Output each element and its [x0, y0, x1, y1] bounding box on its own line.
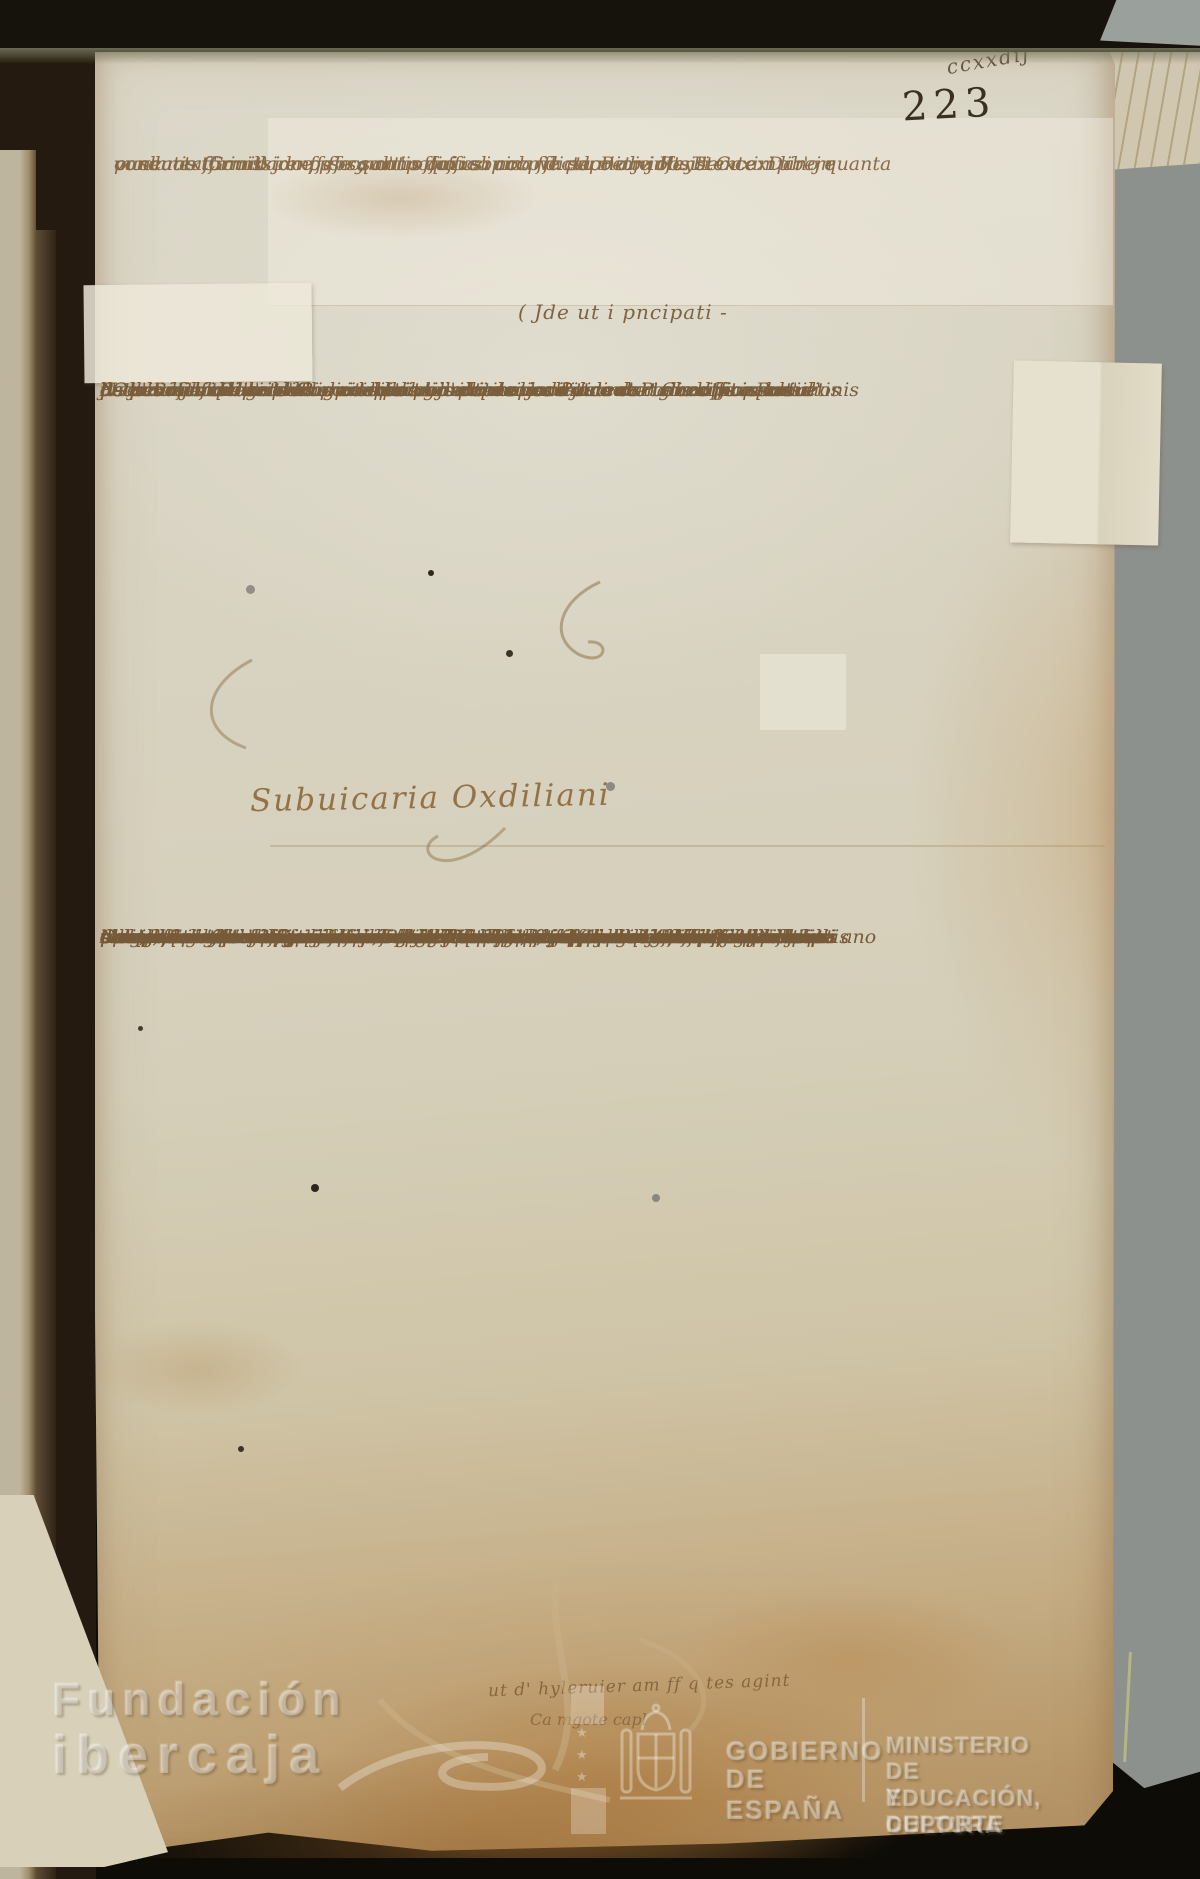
- gobierno-watermark-line1: GOBIERNO: [726, 1736, 884, 1767]
- flag-bar-icon: [571, 1788, 606, 1834]
- ibercaja-swirl-icon: [0, 0, 1200, 1879]
- star-icon: ★: [576, 1748, 588, 1763]
- star-icon: ★: [576, 1726, 588, 1741]
- spain-coat-of-arms-icon: [618, 1700, 694, 1810]
- photo-top-edge-sheen: [0, 48, 1200, 64]
- star-icon: ★: [576, 1770, 588, 1785]
- flag-bar-icon: [571, 1686, 604, 1724]
- ministerio-watermark-line1: MINISTERIO: [886, 1732, 1030, 1759]
- ministerio-watermark-line3: Y DEPORTE: [886, 1784, 1004, 1838]
- photo-top-edge: [0, 0, 1200, 52]
- archival-photo: ccxxdij 223 madamo ffirmit' i expsse qua…: [0, 0, 1200, 1879]
- gobierno-watermark-line2: DE ESPAÑA: [726, 1764, 844, 1826]
